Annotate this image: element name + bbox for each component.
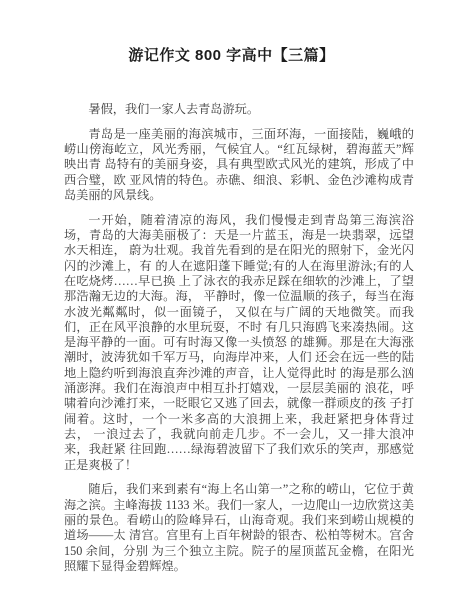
page-title: 游记作文 800 字高中【三篇】 [0, 0, 463, 65]
paragraph: 随后，我们来到素有“海上名山第一”之称的崂山，它位于黄海之滨。主峰海拔 1133… [64, 482, 414, 574]
document-page: 游记作文 800 字高中【三篇】 暑假，我们一家人去青岛游玩。 青岛是一座美丽的… [0, 0, 463, 600]
paragraph: 暑假，我们一家人去青岛游玩。 [64, 102, 414, 117]
paragraph: 青岛是一座美丽的海滨城市，三面环海，一面接陆，巍峨的崂山傍海屹立，风光秀丽，气候… [64, 127, 414, 203]
paragraph: 一开始，随着清凉的海风，我们慢慢走到青岛第三海滨浴场，青岛的大海美丽极了：天是一… [64, 213, 414, 473]
document-body: 暑假，我们一家人去青岛游玩。 青岛是一座美丽的海滨城市，三面环海，一面接陆，巍峨… [64, 102, 414, 574]
